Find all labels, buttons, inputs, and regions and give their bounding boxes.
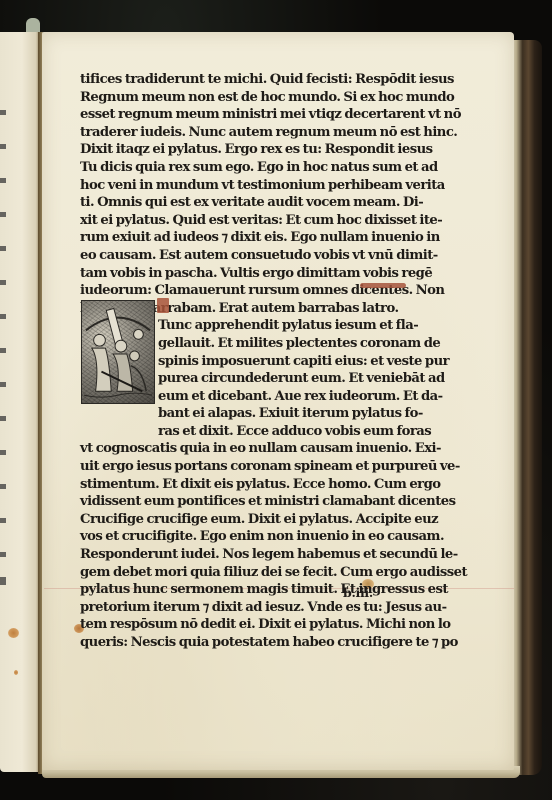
text-line: stimentum. Et dixit eis pylatus. Ecce ho… (80, 476, 400, 494)
left-page-text-fragment (0, 416, 6, 421)
left-page-text-fragment (0, 314, 6, 319)
left-page-text-fragment (0, 178, 6, 183)
left-page-text-fragment (0, 348, 6, 353)
text-line: tam vobis in pascha. Vultis ergo dimitta… (80, 265, 400, 283)
text-line-beside-woodcut: ras et dixit. Ecce adduco vobis eum fora… (80, 423, 400, 441)
signature-mark: b.iii. (343, 585, 373, 600)
left-page-text-fragment (0, 484, 6, 489)
page-block-fore-edge (512, 40, 542, 775)
left-page-text-fragment (0, 450, 6, 455)
left-page-text-fragment (0, 552, 6, 557)
text-line: vidissent eum pontifices et ministri cla… (80, 493, 400, 511)
text-line: Crucifige crucifige eum. Dixit ei pylatu… (80, 511, 400, 529)
text-line: hoc veni in mundum vt testimonium perhib… (80, 177, 400, 195)
text-line: gem debet mori quia filiuz dei se fecit.… (80, 564, 400, 582)
rubric-initial (157, 298, 169, 313)
left-page-text-fragment (0, 577, 6, 585)
left-page-text-fragment (0, 110, 6, 115)
text-line: tifices tradiderunt te michi. Quid fecis… (80, 71, 400, 89)
text-line: Regnum meum non est de hoc mundo. Si ex … (80, 89, 400, 107)
left-page-text-fragment (0, 144, 6, 149)
rubric-line-filler (360, 283, 406, 288)
foxing-stain (8, 628, 19, 638)
left-page-text-fragment (0, 280, 6, 285)
woodcut-illustration (81, 300, 155, 404)
text-line: Dixit itaqz ei pylatus. Ergo rex es tu: … (80, 141, 400, 159)
woodcut-figures-icon (82, 301, 154, 403)
left-page-edge (0, 32, 40, 772)
left-page-text-fragment (0, 212, 6, 217)
text-line: queris: Nescis quia potestatem habeo cru… (80, 634, 400, 652)
text-line: uit ergo iesus portans coronam spineam e… (80, 458, 400, 476)
text-line-beside-woodcut: bant ei alapas. Exiuit iterum pylatus fo… (80, 405, 400, 423)
left-page-text-fragment (0, 518, 6, 523)
text-line: pretorium iterum ⁊ dixit ad iesuz. Vnde … (80, 599, 400, 617)
text-line: Tu dicis quia rex sum ego. Ego in hoc na… (80, 159, 400, 177)
text-line: eo causam. Est autem consuetudo vobis vt… (80, 247, 400, 265)
left-page-text-fragment (0, 382, 6, 387)
text-line: iudeorum: Clamauerunt rursum omnes dicen… (80, 282, 400, 300)
left-page-text-fragment (0, 246, 6, 251)
text-line: xit ei pylatus. Quid est veritas: Et cum… (80, 212, 400, 230)
text-line: tem respōsum nō dedit ei. Dixit ei pylat… (80, 616, 400, 634)
text-line: rum exiuit ad iudeos ⁊ dixit eis. Ego nu… (80, 229, 400, 247)
text-line: esset regnum meum ministri mei vtiqz dec… (80, 106, 400, 124)
text-line: vt cognoscatis quia in eo nullam causam … (80, 440, 400, 458)
foxing-stain (14, 670, 18, 675)
text-line: vos et crucifigite. Ego enim non inuenio… (80, 528, 400, 546)
text-line: traderer iudeis. Nunc autem regnum meum … (80, 124, 400, 142)
text-line: Responderunt iudei. Nos legem habemus et… (80, 546, 400, 564)
text-line: ti. Omnis qui est ex veritate audit voce… (80, 194, 400, 212)
